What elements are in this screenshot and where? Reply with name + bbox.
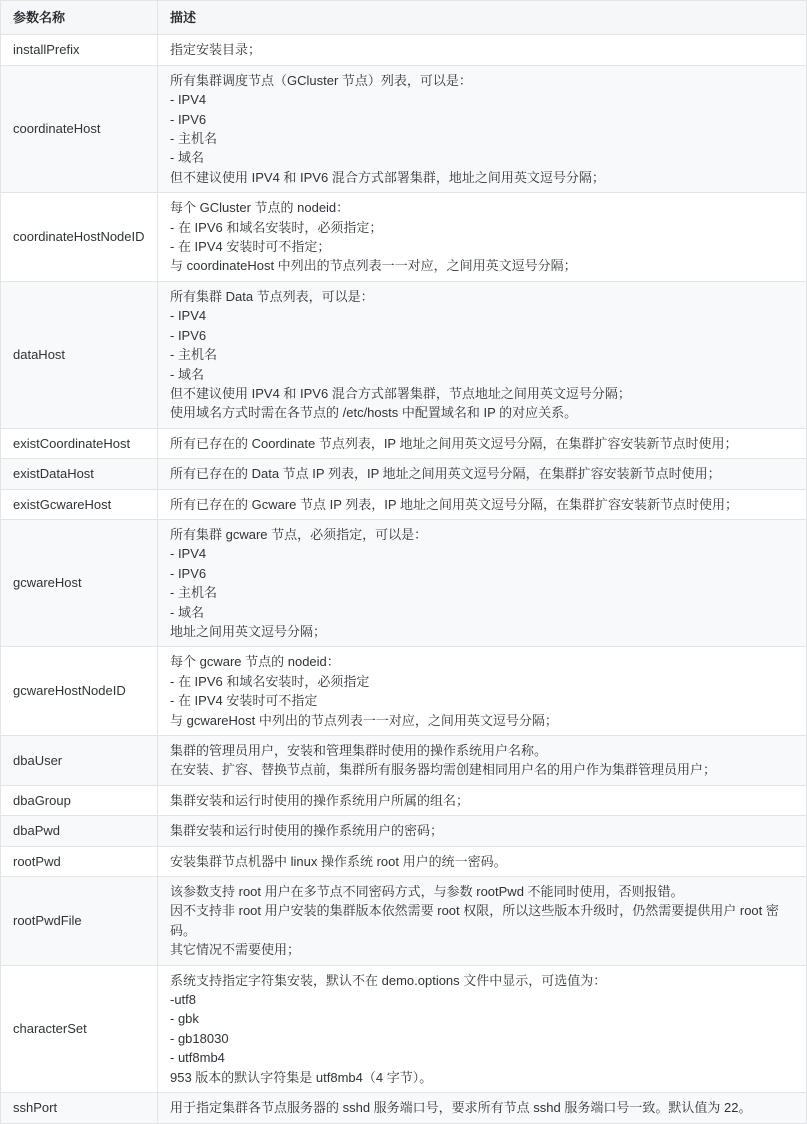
param-name-cell: rootPwd xyxy=(1,846,158,876)
description-line: 其它情况不需要使用； xyxy=(170,940,794,959)
description-line: - IPV4 xyxy=(170,544,794,563)
description-cell: 所有已存在的 Data 节点 IP 列表，IP 地址之间用英文逗号分隔，在集群扩… xyxy=(158,459,807,489)
description-line: - gb18030 xyxy=(170,1029,794,1048)
description-line: 系统支持指定字符集安装，默认不在 demo.options 文件中显示，可选值为… xyxy=(170,971,794,990)
table-row: dbaUser集群的管理员用户，安装和管理集群时使用的操作系统用户名称。在安装、… xyxy=(1,736,807,786)
description-line: 使用域名方式时需在各节点的 /etc/hosts 中配置域名和 IP 的对应关系… xyxy=(170,403,794,422)
description-cell: 所有集群 gcware 节点，必须指定，可以是：- IPV4- IPV6- 主机… xyxy=(158,519,807,646)
table-row: installPrefix指定安装目录； xyxy=(1,35,807,65)
description-line: 集群安装和运行时使用的操作系统用户的密码； xyxy=(170,821,794,840)
table-row: existCoordinateHost所有已存在的 Coordinate 节点列… xyxy=(1,428,807,458)
table-row: coordinateHostNodeID每个 GCluster 节点的 node… xyxy=(1,193,807,282)
param-name-cell: installPrefix xyxy=(1,35,158,65)
description-line: 953 版本的默认字符集是 utf8mb4（4 字节）。 xyxy=(170,1068,794,1087)
description-line: - 主机名 xyxy=(170,345,794,364)
description-line: - 域名 xyxy=(170,365,794,384)
description-line: 每个 gcware 节点的 nodeid： xyxy=(170,652,794,671)
description-line: 但不建议使用 IPV4 和 IPV6 混合方式部署集群，地址之间用英文逗号分隔； xyxy=(170,168,794,187)
description-cell: 每个 gcware 节点的 nodeid：- 在 IPV6 和域名安装时，必须指… xyxy=(158,647,807,736)
description-line: - 域名 xyxy=(170,148,794,167)
table-row: gcwareHostNodeID每个 gcware 节点的 nodeid：- 在… xyxy=(1,647,807,736)
description-line: 与 coordinateHost 中列出的节点列表一一对应，之间用英文逗号分隔； xyxy=(170,256,794,275)
description-cell: 所有已存在的 Coordinate 节点列表，IP 地址之间用英文逗号分隔，在集… xyxy=(158,428,807,458)
table-row: existGcwareHost所有已存在的 Gcware 节点 IP 列表，IP… xyxy=(1,489,807,519)
description-cell: 该参数支持 root 用户在多节点不同密码方式，与参数 rootPwd 不能同时… xyxy=(158,877,807,966)
table-header-row: 参数名称 描述 xyxy=(1,1,807,35)
description-line: - IPV4 xyxy=(170,90,794,109)
parameters-table: 参数名称 描述 installPrefix指定安装目录；coordinateHo… xyxy=(0,0,807,1124)
table-row: sshPort用于指定集群各节点服务器的 sshd 服务端口号，要求所有节点 s… xyxy=(1,1093,807,1123)
description-line: - 域名 xyxy=(170,603,794,622)
column-header-param: 参数名称 xyxy=(1,1,158,35)
description-line: 所有已存在的 Coordinate 节点列表，IP 地址之间用英文逗号分隔，在集… xyxy=(170,434,794,453)
description-line: 用于指定集群各节点服务器的 sshd 服务端口号，要求所有节点 sshd 服务端… xyxy=(170,1098,794,1117)
table-row: characterSet系统支持指定字符集安装，默认不在 demo.option… xyxy=(1,965,807,1092)
param-name-cell: gcwareHostNodeID xyxy=(1,647,158,736)
description-cell: 所有集群调度节点（GCluster 节点）列表，可以是：- IPV4- IPV6… xyxy=(158,65,807,192)
param-name-cell: characterSet xyxy=(1,965,158,1092)
description-line: 但不建议使用 IPV4 和 IPV6 混合方式部署集群，节点地址之间用英文逗号分… xyxy=(170,384,794,403)
column-header-desc: 描述 xyxy=(158,1,807,35)
description-line: - 在 IPV6 和域名安装时，必须指定； xyxy=(170,218,794,237)
description-cell: 指定安装目录； xyxy=(158,35,807,65)
table-row: dataHost所有集群 Data 节点列表，可以是：- IPV4- IPV6-… xyxy=(1,281,807,428)
param-name-cell: rootPwdFile xyxy=(1,877,158,966)
description-line: - utf8mb4 xyxy=(170,1048,794,1067)
description-line: - 主机名 xyxy=(170,129,794,148)
description-cell: 用于指定集群各节点服务器的 sshd 服务端口号，要求所有节点 sshd 服务端… xyxy=(158,1093,807,1123)
description-line: - IPV6 xyxy=(170,326,794,345)
table-body: installPrefix指定安装目录；coordinateHost所有集群调度… xyxy=(1,35,807,1123)
description-line: - 主机名 xyxy=(170,583,794,602)
table-row: existDataHost所有已存在的 Data 节点 IP 列表，IP 地址之… xyxy=(1,459,807,489)
param-name-cell: dbaUser xyxy=(1,736,158,786)
description-line: - 在 IPV4 安装时可不指定； xyxy=(170,237,794,256)
param-name-cell: coordinateHost xyxy=(1,65,158,192)
description-cell: 系统支持指定字符集安装，默认不在 demo.options 文件中显示，可选值为… xyxy=(158,965,807,1092)
description-line: 该参数支持 root 用户在多节点不同密码方式，与参数 rootPwd 不能同时… xyxy=(170,882,794,901)
description-line: 所有已存在的 Data 节点 IP 列表，IP 地址之间用英文逗号分隔，在集群扩… xyxy=(170,464,794,483)
param-name-cell: dbaPwd xyxy=(1,816,158,846)
description-line: 与 gcwareHost 中列出的节点列表一一对应，之间用英文逗号分隔； xyxy=(170,711,794,730)
table-row: dbaPwd集群安装和运行时使用的操作系统用户的密码； xyxy=(1,816,807,846)
description-line: - IPV6 xyxy=(170,564,794,583)
description-line: - 在 IPV6 和域名安装时，必须指定 xyxy=(170,672,794,691)
description-line: 所有集群调度节点（GCluster 节点）列表，可以是： xyxy=(170,71,794,90)
description-line: 因不支持非 root 用户安装的集群版本依然需要 root 权限，所以这些版本升… xyxy=(170,901,794,940)
description-line: 所有集群 Data 节点列表，可以是： xyxy=(170,287,794,306)
param-name-cell: dataHost xyxy=(1,281,158,428)
description-line: 集群安装和运行时使用的操作系统用户所属的组名； xyxy=(170,791,794,810)
param-name-cell: sshPort xyxy=(1,1093,158,1123)
description-line: 在安装、扩容、替换节点前，集群所有服务器均需创建相同用户名的用户作为集群管理员用… xyxy=(170,760,794,779)
description-line: - IPV4 xyxy=(170,306,794,325)
table-row: dbaGroup集群安装和运行时使用的操作系统用户所属的组名； xyxy=(1,785,807,815)
description-cell: 集群安装和运行时使用的操作系统用户的密码； xyxy=(158,816,807,846)
table-row: coordinateHost所有集群调度节点（GCluster 节点）列表，可以… xyxy=(1,65,807,192)
description-cell: 所有已存在的 Gcware 节点 IP 列表，IP 地址之间用英文逗号分隔，在集… xyxy=(158,489,807,519)
param-name-cell: existDataHost xyxy=(1,459,158,489)
table-row: rootPwdFile该参数支持 root 用户在多节点不同密码方式，与参数 r… xyxy=(1,877,807,966)
description-line: 指定安装目录； xyxy=(170,40,794,59)
description-line: 每个 GCluster 节点的 nodeid： xyxy=(170,198,794,217)
param-name-cell: existCoordinateHost xyxy=(1,428,158,458)
description-cell: 集群安装和运行时使用的操作系统用户所属的组名； xyxy=(158,785,807,815)
description-cell: 所有集群 Data 节点列表，可以是：- IPV4- IPV6- 主机名- 域名… xyxy=(158,281,807,428)
table-row: rootPwd安装集群节点机器中 linux 操作系统 root 用户的统一密码… xyxy=(1,846,807,876)
description-line: 集群的管理员用户，安装和管理集群时使用的操作系统用户名称。 xyxy=(170,741,794,760)
description-line: 所有已存在的 Gcware 节点 IP 列表，IP 地址之间用英文逗号分隔，在集… xyxy=(170,495,794,514)
param-name-cell: dbaGroup xyxy=(1,785,158,815)
description-line: - 在 IPV4 安装时可不指定 xyxy=(170,691,794,710)
description-line: - gbk xyxy=(170,1009,794,1028)
param-name-cell: coordinateHostNodeID xyxy=(1,193,158,282)
param-name-cell: existGcwareHost xyxy=(1,489,158,519)
description-line: 安装集群节点机器中 linux 操作系统 root 用户的统一密码。 xyxy=(170,852,794,871)
description-line: 所有集群 gcware 节点，必须指定，可以是： xyxy=(170,525,794,544)
description-line: - IPV6 xyxy=(170,110,794,129)
description-cell: 每个 GCluster 节点的 nodeid：- 在 IPV6 和域名安装时，必… xyxy=(158,193,807,282)
param-name-cell: gcwareHost xyxy=(1,519,158,646)
description-cell: 安装集群节点机器中 linux 操作系统 root 用户的统一密码。 xyxy=(158,846,807,876)
table-row: gcwareHost所有集群 gcware 节点，必须指定，可以是：- IPV4… xyxy=(1,519,807,646)
description-cell: 集群的管理员用户，安装和管理集群时使用的操作系统用户名称。在安装、扩容、替换节点… xyxy=(158,736,807,786)
description-line: -utf8 xyxy=(170,990,794,1009)
description-line: 地址之间用英文逗号分隔； xyxy=(170,622,794,641)
